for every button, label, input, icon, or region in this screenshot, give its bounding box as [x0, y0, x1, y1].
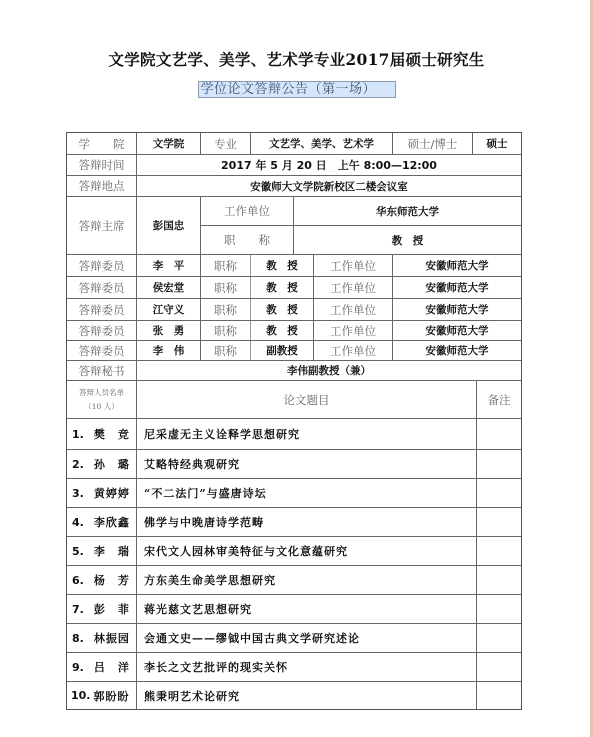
- student-num: 9.: [72, 661, 84, 674]
- member-unit: 安徽师范大学: [392, 321, 521, 340]
- student-note: [476, 653, 521, 681]
- student-name: 李 瑞: [94, 543, 130, 559]
- member-unit: 安徽师范大学: [392, 341, 521, 360]
- member-unit-label: 工作单位: [313, 299, 392, 320]
- student-thesis: 宋代文人园林审美特征与文化意蕴研究: [136, 537, 476, 565]
- student-thesis: “不二法门”与盛唐诗坛: [136, 479, 476, 507]
- student-thesis: 会通文史——缪钺中国古典文学研究述论: [136, 624, 476, 652]
- student-row: 7.彭 菲 蒋光慈文艺思想研究: [67, 594, 521, 623]
- student-name: 杨 芳: [94, 572, 130, 588]
- student-thesis: 佛学与中晚唐诗学范畴: [136, 508, 476, 536]
- student-row: 1.樊 竞 尼采虚无主义诠释学思想研究: [67, 418, 521, 449]
- degree-label: 硕士/博士: [392, 133, 472, 154]
- student-thesis: 艾略特经典观研究: [136, 450, 476, 478]
- chair-unit-label: 工作单位: [201, 197, 293, 225]
- chair-label: 答辩主席: [67, 197, 136, 254]
- major-value: 文艺学、美学、艺术学: [250, 133, 392, 154]
- student-row: 3.黄婷婷 “不二法门”与盛唐诗坛: [67, 478, 521, 507]
- member-unit-label: 工作单位: [313, 277, 392, 298]
- notes-header: 备注: [476, 381, 521, 418]
- roster-header: 答辩人员名单 （10 人）: [67, 381, 136, 418]
- member-row: 答辩委员 李 伟 职称 副教授 工作单位 安徽师范大学: [67, 340, 521, 360]
- student-thesis: 熊秉明艺术论研究: [136, 682, 476, 709]
- member-row: 答辩委员 江守义 职称 教 授 工作单位 安徽师范大学: [67, 298, 521, 320]
- member-unit: 安徽师范大学: [392, 277, 521, 298]
- time-label: 答辩时间: [67, 155, 136, 175]
- student-entry: 4.李欣鑫: [67, 508, 136, 536]
- student-num: 5.: [72, 545, 84, 558]
- member-title: 教 授: [250, 255, 313, 276]
- student-name: 孙 璐: [94, 456, 130, 472]
- member-title-label: 职称: [200, 277, 250, 298]
- secretary-label: 答辩秘书: [67, 361, 136, 380]
- member-name: 侯宏堂: [136, 277, 200, 298]
- student-row: 2.孙 璐 艾略特经典观研究: [67, 449, 521, 478]
- secretary-row: 答辩秘书 李伟副教授（兼）: [67, 360, 521, 380]
- chair-row: 答辩主席 彭国忠 工作单位 华东师范大学 职 称 教 授: [67, 196, 521, 254]
- student-thesis: 方东美生命美学思想研究: [136, 566, 476, 594]
- student-note: [476, 419, 521, 449]
- student-note: [476, 624, 521, 652]
- chair-unit-value: 华东师范大学: [293, 197, 521, 225]
- document-title: 文学院文艺学、美学、艺术学专业2017届硕士研究生: [0, 48, 593, 70]
- member-title-label: 职称: [200, 321, 250, 340]
- student-num: 1.: [72, 428, 84, 441]
- place-label: 答辩地点: [67, 176, 136, 196]
- member-row: 答辩委员 张 勇 职称 教 授 工作单位 安徽师范大学: [67, 320, 521, 340]
- member-unit: 安徽师范大学: [392, 299, 521, 320]
- student-note: [476, 537, 521, 565]
- member-title: 教 授: [250, 277, 313, 298]
- info-row-time: 答辩时间 2017 年 5 月 20 日 上午 8:00—12:00: [67, 154, 521, 175]
- subtitle-wrapper: 学位论文答辩公告（第一场）: [0, 78, 593, 98]
- thesis-header: 论文题目: [136, 381, 476, 418]
- student-name: 樊 竞: [94, 426, 130, 442]
- member-title: 教 授: [250, 299, 313, 320]
- student-row: 9.吕 洋 李长之文艺批评的现实关怀: [67, 652, 521, 681]
- student-num: 2.: [72, 458, 84, 471]
- member-unit: 安徽师范大学: [392, 255, 521, 276]
- student-name: 彭 菲: [94, 601, 130, 617]
- student-num: 8.: [72, 632, 84, 645]
- roster-count: （10 人）: [84, 400, 118, 414]
- student-entry: 10.郭盼盼: [67, 682, 136, 709]
- member-name: 李 平: [136, 255, 200, 276]
- student-note: [476, 479, 521, 507]
- member-unit-label: 工作单位: [313, 255, 392, 276]
- roster-label: 答辩人员名单: [79, 386, 124, 400]
- student-entry: 2.孙 璐: [67, 450, 136, 478]
- student-thesis: 李长之文艺批评的现实关怀: [136, 653, 476, 681]
- member-title-label: 职称: [200, 341, 250, 360]
- chair-name: 彭国忠: [136, 197, 200, 254]
- member-unit-label: 工作单位: [313, 321, 392, 340]
- student-num: 10.: [71, 689, 91, 702]
- member-label: 答辩委员: [67, 277, 136, 298]
- member-row: 答辩委员 侯宏堂 职称 教 授 工作单位 安徽师范大学: [67, 276, 521, 298]
- college-value: 文学院: [136, 133, 200, 154]
- student-name: 郭盼盼: [94, 688, 130, 704]
- student-entry: 7.彭 菲: [67, 595, 136, 623]
- student-note: [476, 450, 521, 478]
- place-value: 安徽师大文学院新校区二楼会议室: [136, 176, 521, 196]
- student-row: 6.杨 芳 方东美生命美学思想研究: [67, 565, 521, 594]
- chair-details: 工作单位 华东师范大学 职 称 教 授: [200, 197, 521, 254]
- student-entry: 8.林振园: [67, 624, 136, 652]
- degree-value: 硕士: [472, 133, 521, 154]
- member-name: 张 勇: [136, 321, 200, 340]
- chair-title-row: 职 称 教 授: [201, 225, 521, 254]
- document-subtitle[interactable]: 学位论文答辩公告（第一场）: [198, 81, 396, 98]
- student-name: 黄婷婷: [94, 485, 130, 501]
- student-note: [476, 595, 521, 623]
- member-row: 答辩委员 李 平 职称 教 授 工作单位 安徽师范大学: [67, 254, 521, 276]
- major-label: 专业: [200, 133, 250, 154]
- student-note: [476, 682, 521, 709]
- list-header-row: 答辩人员名单 （10 人） 论文题目 备注: [67, 380, 521, 418]
- time-value: 2017 年 5 月 20 日 上午 8:00—12:00: [136, 155, 521, 175]
- student-num: 7.: [72, 603, 84, 616]
- member-title-label: 职称: [200, 255, 250, 276]
- member-label: 答辩委员: [67, 299, 136, 320]
- student-row: 5.李 瑞 宋代文人园林审美特征与文化意蕴研究: [67, 536, 521, 565]
- student-name: 李欣鑫: [94, 514, 130, 530]
- student-entry: 9.吕 洋: [67, 653, 136, 681]
- student-num: 4.: [72, 516, 84, 529]
- chair-title-value: 教 授: [293, 226, 521, 254]
- student-note: [476, 566, 521, 594]
- defense-table: 学 院 文学院 专业 文艺学、美学、艺术学 硕士/博士 硕士 答辩时间 2017…: [66, 132, 522, 710]
- student-thesis: 尼采虚无主义诠释学思想研究: [136, 419, 476, 449]
- student-row: 10.郭盼盼 熊秉明艺术论研究: [67, 681, 521, 709]
- student-thesis: 蒋光慈文艺思想研究: [136, 595, 476, 623]
- secretary-value: 李伟副教授（兼）: [136, 361, 521, 380]
- student-num: 3.: [72, 487, 84, 500]
- student-num: 6.: [72, 574, 84, 587]
- info-row-place: 答辩地点 安徽师大文学院新校区二楼会议室: [67, 175, 521, 196]
- member-label: 答辩委员: [67, 341, 136, 360]
- college-label: 学 院: [67, 133, 136, 154]
- member-title: 副教授: [250, 341, 313, 360]
- member-name: 李 伟: [136, 341, 200, 360]
- member-title-label: 职称: [200, 299, 250, 320]
- student-row: 4.李欣鑫 佛学与中晚唐诗学范畴: [67, 507, 521, 536]
- student-name: 吕 洋: [94, 659, 130, 675]
- chair-unit-row: 工作单位 华东师范大学: [201, 197, 521, 225]
- chair-title-label: 职 称: [201, 226, 293, 254]
- student-entry: 6.杨 芳: [67, 566, 136, 594]
- member-label: 答辩委员: [67, 321, 136, 340]
- info-row-college: 学 院 文学院 专业 文艺学、美学、艺术学 硕士/博士 硕士: [67, 133, 521, 154]
- student-row: 8.林振园 会通文史——缪钺中国古典文学研究述论: [67, 623, 521, 652]
- student-entry: 1.樊 竞: [67, 419, 136, 449]
- member-name: 江守义: [136, 299, 200, 320]
- student-entry: 3.黄婷婷: [67, 479, 136, 507]
- student-name: 林振园: [94, 630, 130, 646]
- student-note: [476, 508, 521, 536]
- student-entry: 5.李 瑞: [67, 537, 136, 565]
- member-unit-label: 工作单位: [313, 341, 392, 360]
- member-title: 教 授: [250, 321, 313, 340]
- member-label: 答辩委员: [67, 255, 136, 276]
